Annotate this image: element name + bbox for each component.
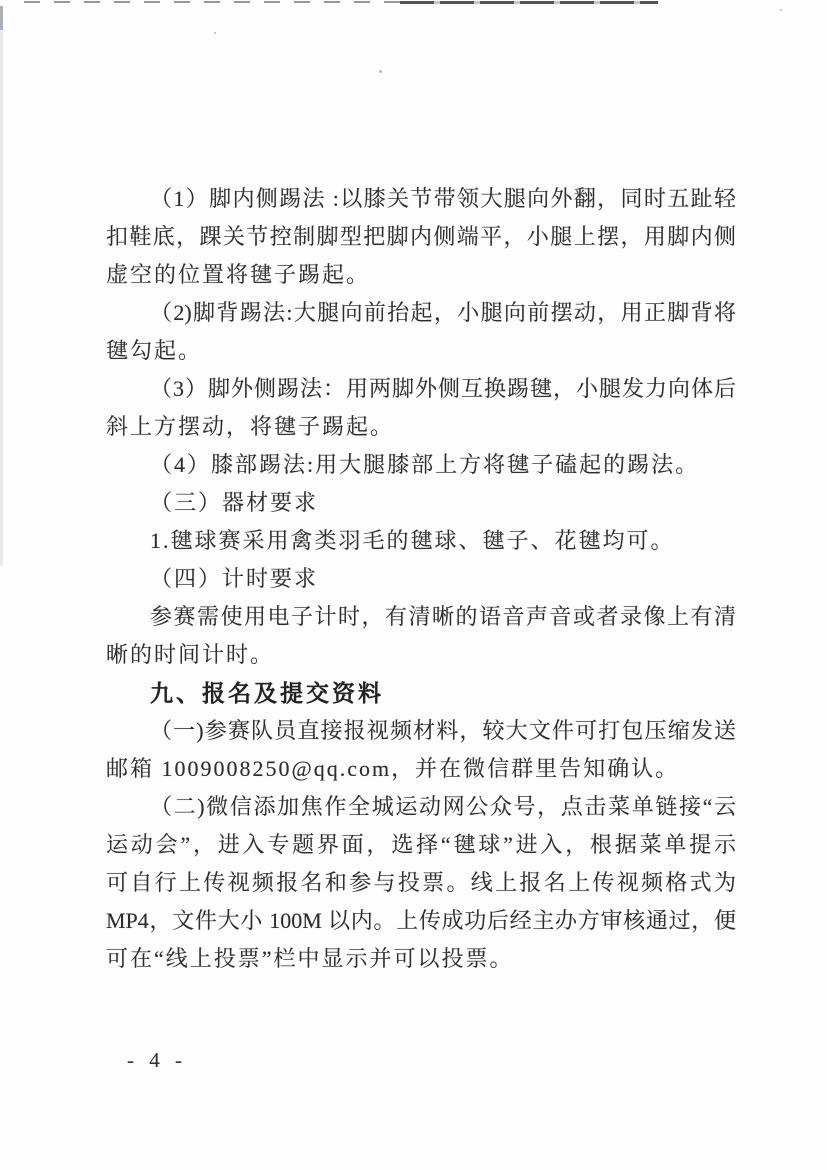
body-line: （3）脚外侧踢法：用两脚外侧互换踢毽，小腿发力向体后: [106, 370, 736, 408]
subsection-heading: （三）器材要求: [106, 484, 736, 522]
scan-artifact-top-dashes: [24, 1, 402, 3]
body-line: 毽勾起。: [106, 332, 736, 370]
body-line: 参赛需使用电子计时，有清晰的语音声音或者录像上有清: [106, 598, 736, 636]
scan-artifact-left-edge: [0, 6, 3, 566]
scan-artifact-top-line: [400, 1, 658, 4]
body-line: （4）膝部踢法:用大腿膝部上方将毽子磕起的踢法。: [106, 446, 736, 484]
body-line: 扣鞋底，踝关节控制脚型把脚内侧端平，小腿上摆，用脚内侧: [106, 218, 736, 256]
body-line: 运动会”，进入专题界面，选择“毽球”进入，根据菜单提示: [106, 826, 736, 864]
body-line: （1）脚内侧踢法 :以膝关节带领大腿向外翻，同时五趾轻: [106, 180, 736, 218]
document-body: （1）脚内侧踢法 :以膝关节带领大腿向外翻，同时五趾轻 扣鞋底，踝关节控制脚型把…: [106, 180, 736, 978]
body-line: （一)参赛队员直接报视频材料，较大文件可打包压缩发送: [106, 712, 736, 750]
scan-speck: [379, 70, 382, 73]
page-number: - 4 -: [127, 1046, 187, 1074]
scan-speck: [780, 9, 782, 11]
body-line: 斜上方摆动，将毽子踢起。: [106, 408, 736, 446]
scan-speck: [214, 32, 216, 34]
body-line: 晰的时间计时。: [106, 636, 736, 674]
section-heading: 九、报名及提交资料: [106, 674, 736, 712]
document-page: （1）脚内侧踢法 :以膝关节带领大腿向外翻，同时五趾轻 扣鞋底，踝关节控制脚型把…: [0, 0, 827, 1170]
body-line: 可在“线上投票”栏中显示并可以投票。: [106, 940, 736, 978]
body-line: 1.毽球赛采用禽类羽毛的毽球、毽子、花毽均可。: [106, 522, 736, 560]
body-line: 可自行上传视频报名和参与投票。线上报名上传视频格式为: [106, 864, 736, 902]
subsection-heading: （四）计时要求: [106, 560, 736, 598]
body-line: 虚空的位置将毽子踢起。: [106, 256, 736, 294]
body-line: 邮箱 1009008250@qq.com，并在微信群里告知确认。: [106, 750, 736, 788]
body-line: （二)微信添加焦作全城运动网公众号，点击菜单链接“云: [106, 788, 736, 826]
body-line: （2)脚背踢法:大腿向前抬起，小腿向前摆动，用正脚背将: [106, 294, 736, 332]
body-line: MP4，文件大小 100M 以内。上传成功后经主办方审核通过，便: [106, 902, 736, 940]
